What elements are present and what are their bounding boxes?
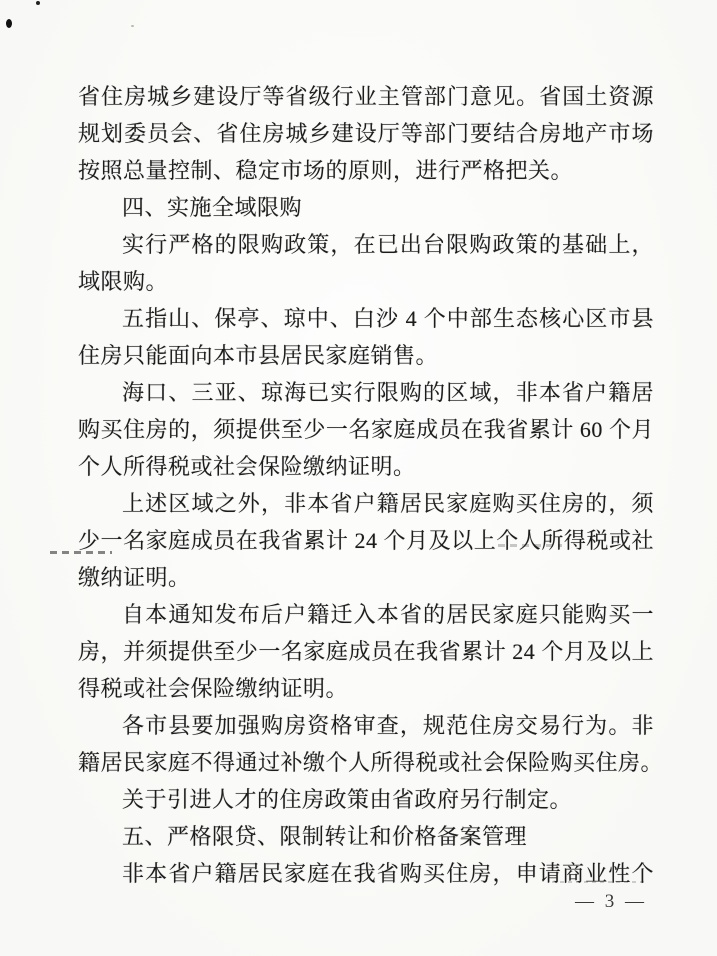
document-text-block: 省住房城乡建设厅等省级行业主管部门意见。省国土资源厅、省 规划委员会、省住房城乡…	[78, 78, 654, 892]
text-line: 域限购。	[78, 263, 654, 300]
page-number: — 3 —	[575, 891, 647, 913]
scan-speck	[36, 1, 40, 5]
text-line: 按照总量控制、稳定市场的原则，进行严格把关。	[78, 152, 654, 189]
scan-speck	[6, 19, 12, 28]
text-line: 关于引进人才的住房政策由省政府另行制定。	[78, 781, 654, 818]
text-line: 五指山、保亭、琼中、白沙 4 个中部生态核心区市县建设的	[78, 300, 654, 337]
text-line: 缴纳证明。	[78, 559, 654, 596]
text-line: 规划委员会、省住房城乡建设厅等部门要结合房地产市场形势，	[78, 115, 654, 152]
scan-speck	[131, 25, 134, 27]
text-line: 得税或社会保险缴纳证明。	[78, 670, 654, 707]
text-line: 少一名家庭成员在我省累计 24 个月及以上个人所得税或社会保险	[78, 522, 654, 559]
text-line: 非本省户籍居民家庭在我省购买住房，申请商业性个人住房	[78, 855, 654, 892]
text-line: 购买住房的，须提供至少一名家庭成员在我省累计 60 个月及以上	[78, 411, 654, 448]
text-line: 籍居民家庭不得通过补缴个人所得税或社会保险购买住房。	[78, 744, 654, 781]
text-line: 个人所得税或社会保险缴纳证明。	[78, 448, 654, 485]
text-line: 上述区域之外，非本省户籍居民家庭购买住房的，须提供至	[78, 485, 654, 522]
text-line: 省住房城乡建设厅等省级行业主管部门意见。省国土资源厅、省	[78, 78, 654, 115]
text-line: 房，并须提供至少一名家庭成员在我省累计 24 个月及以上个人所	[78, 633, 654, 670]
text-line: 各市县要加强购房资格审查，规范住房交易行为。非本省户	[78, 707, 654, 744]
text-line: 自本通知发布后户籍迁入本省的居民家庭只能购买一套住	[78, 596, 654, 633]
section-heading-4: 四、实施全域限购	[78, 189, 654, 226]
text-line: 实行严格的限购政策，在已出台限购政策的基础上，实施全	[78, 226, 654, 263]
text-line: 海口、三亚、琼海已实行限购的区域，非本省户籍居民家庭	[78, 374, 654, 411]
text-line: 住房只能面向本市县居民家庭销售。	[78, 337, 654, 374]
section-heading-5: 五、严格限贷、限制转让和价格备案管理	[78, 818, 654, 855]
